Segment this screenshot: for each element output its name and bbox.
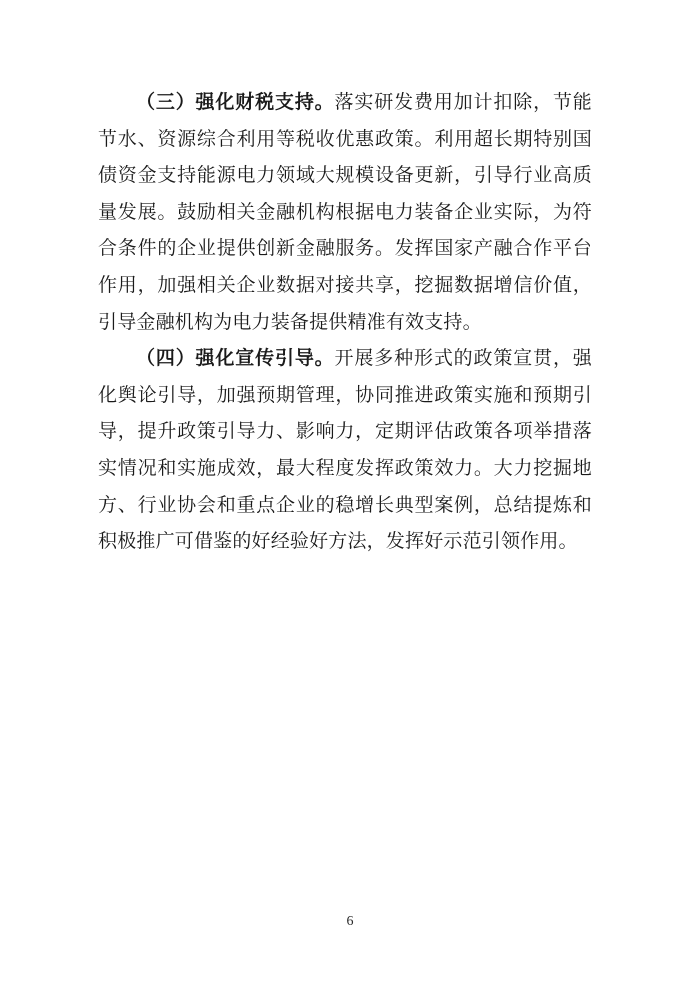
paragraph-lead-heading: （三）强化财税支持。: [136, 92, 335, 113]
document-body: （三）强化财税支持。落实研发费用加计扣除，节能节水、资源综合利用等税收优惠政策。…: [98, 85, 592, 561]
paragraph-body-text: 开展多种形式的政策宣贯，强化舆论引导，加强预期管理，协同推进政策实施和预期引导，…: [98, 348, 592, 552]
page-number: 6: [0, 913, 700, 931]
paragraph-lead-heading: （四）强化宣传引导。: [136, 348, 335, 369]
paragraph-fiscal-tax-support: （三）强化财税支持。落实研发费用加计扣除，节能节水、资源综合利用等税收优惠政策。…: [98, 85, 592, 341]
paragraph-publicity-guidance: （四）强化宣传引导。开展多种形式的政策宣贯，强化舆论引导，加强预期管理，协同推进…: [98, 341, 592, 561]
document-page: （三）强化财税支持。落实研发费用加计扣除，节能节水、资源综合利用等税收优惠政策。…: [0, 0, 700, 989]
paragraph-body-text: 落实研发费用加计扣除，节能节水、资源综合利用等税收优惠政策。利用超长期特别国债资…: [98, 92, 592, 333]
